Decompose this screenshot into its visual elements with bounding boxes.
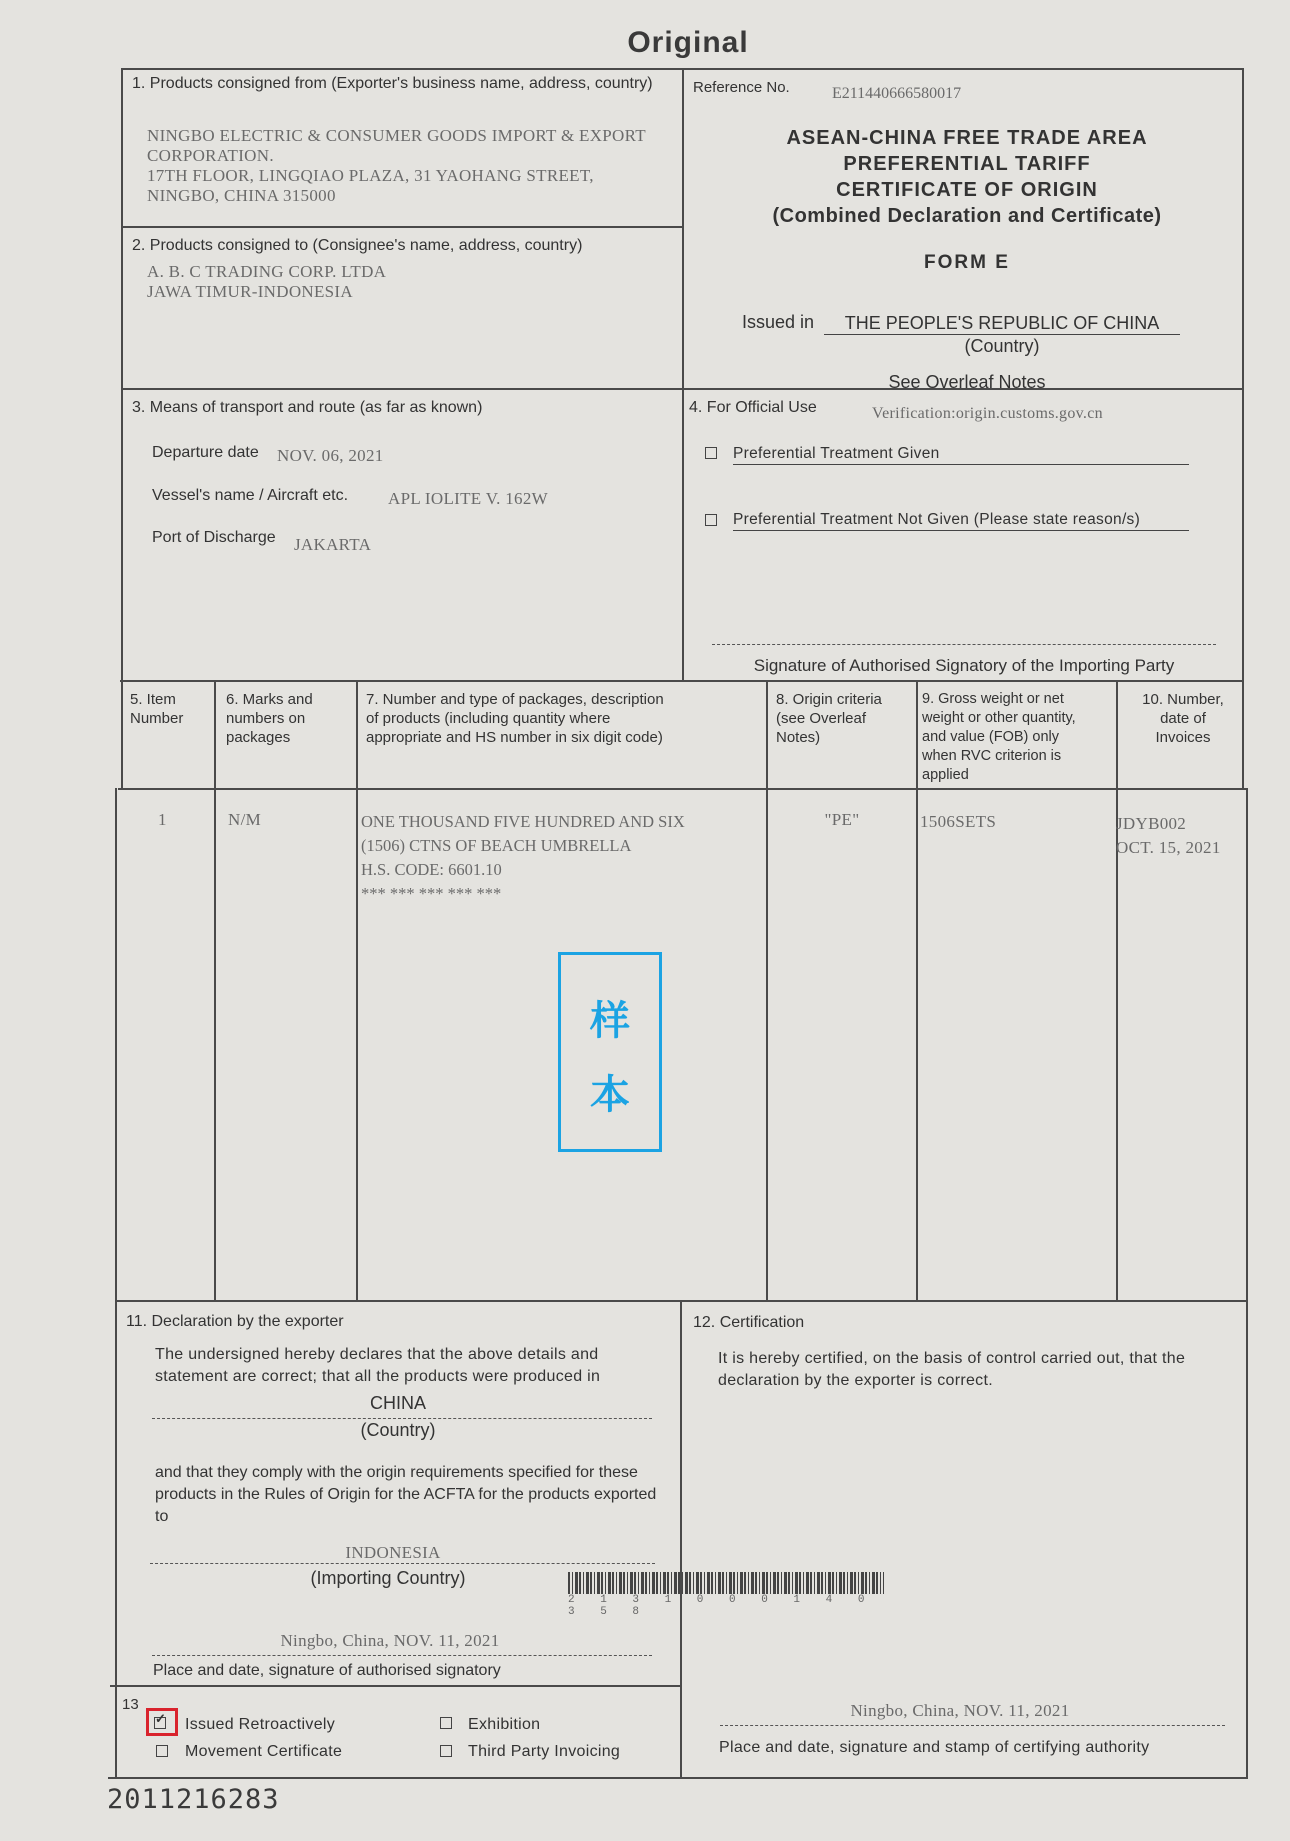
option-issued-retroactively[interactable]: ✓ [154,1714,166,1732]
declaration-text-2: and that they comply with the origin req… [155,1462,665,1528]
barcode-digits: 2 1 3 1 0 0 0 1 4 0 3 5 8 [568,1594,884,1618]
checkbox-preferential-given[interactable] [705,447,717,459]
preferential-not-given-option[interactable] [705,511,717,529]
box11-label: 11. Declaration by the exporter [126,1312,344,1332]
description-line: ONE THOUSAND FIVE HUNDRED AND SIX [361,810,761,834]
importing-country-line [150,1563,655,1564]
issued-in-label: Issued in [742,312,814,333]
option-exhibition[interactable] [440,1714,452,1732]
title-line: PREFERENTIAL TARIFF [684,151,1250,177]
box3-label: 3. Means of transport and route (as far … [132,398,482,418]
consignee-address: A. B. C TRADING CORP. LTDA JAWA TIMUR-IN… [147,262,386,302]
producing-country: CHINA [148,1393,648,1414]
exporter-signature-caption: Place and date, signature of authorised … [153,1661,501,1681]
divider-mid-lower [680,1300,682,1778]
cell-marks: N/M [228,810,261,830]
table-header-bottom [118,788,1246,790]
frame-right-lower [1246,788,1248,1778]
cell-invoice: JDYB002 OCT. 15, 2021 [1116,812,1246,860]
checkbox-third-party-invoicing[interactable] [440,1745,452,1757]
stamp-char: 样 [561,989,659,1046]
exporter-line: NINGBO ELECTRIC & CONSUMER GOODS IMPORT … [147,126,677,146]
exporter-line: CORPORATION. [147,146,677,166]
col-sep-4 [916,680,918,1300]
description-line: *** *** *** *** *** [361,882,761,906]
exporter-place-date: Ningbo, China, NOV. 11, 2021 [140,1631,640,1651]
preferential-given-label: Preferential Treatment Given [733,444,1189,465]
header-invoice: 10. Number, date of Invoices [1124,690,1242,747]
label-third-party-invoicing: Third Party Invoicing [468,1742,620,1762]
cell-item-number: 1 [158,810,167,830]
header-item-number: 5. Item Number [130,690,214,728]
serial-number: 2011216283 [107,1784,280,1815]
issued-in-caption: (Country) [824,336,1180,357]
label-issued-retroactively: Issued Retroactively [185,1715,335,1735]
producing-country-line [152,1418,652,1419]
title-line: CERTIFICATE OF ORIGIN [684,177,1250,203]
col-sep-5 [1116,680,1118,1300]
form-name: FORM E [684,252,1250,274]
producing-country-caption: (Country) [148,1420,648,1441]
exporter-line: 17TH FLOOR, LINGQIAO PLAZA, 31 YAOHANG S… [147,166,677,186]
document-title: Original [0,26,1290,60]
port-value: JAKARTA [294,535,371,555]
verification-url: Verification:origin.customs.gov.cn [872,404,1103,424]
box4-label: 4. For Official Use [689,398,817,418]
checkbox-issued-retroactively[interactable]: ✓ [154,1717,166,1729]
checkbox-exhibition[interactable] [440,1717,452,1729]
certification-text: It is hereby certified, on the basis of … [718,1348,1243,1392]
departure-value: NOV. 06, 2021 [277,446,384,466]
label-movement-certificate: Movement Certificate [185,1742,342,1762]
authority-place-date: Ningbo, China, NOV. 11, 2021 [720,1701,1200,1721]
importer-signature-caption: Signature of Authorised Signatory of the… [684,656,1244,676]
departure-label: Departure date [152,443,259,463]
invoice-number: JDYB002 [1116,812,1246,836]
box13-number: 13 [122,1695,139,1715]
consignee-line: A. B. C TRADING CORP. LTDA [147,262,386,282]
invoice-date: OCT. 15, 2021 [1116,836,1246,860]
header-origin-criteria: 8. Origin criteria (see Overleaf Notes) [776,690,916,747]
title-line: ASEAN-CHINA FREE TRADE AREA [684,125,1250,151]
exporter-signature-line [152,1655,652,1656]
description-line: (1506) CTNS OF BEACH UMBRELLA [361,834,761,858]
checkbox-movement-certificate[interactable] [156,1745,168,1757]
importing-country: INDONESIA [148,1543,638,1563]
header-description: 7. Number and type of packages, descript… [366,690,766,747]
checkmark-icon: ✓ [155,1711,166,1727]
box1-label: 1. Products consigned from (Exporter's b… [132,74,672,94]
issued-in-value: THE PEOPLE'S REPUBLIC OF CHINA [824,312,1180,335]
authority-signature-line [720,1725,1225,1726]
box34-bottom [120,680,1244,682]
overleaf-note: See Overleaf Notes [684,372,1250,393]
reference-number: E211440666580017 [832,84,961,104]
vessel-label: Vessel's name / Aircraft etc. [152,486,348,506]
cell-quantity: 1506SETS [920,812,996,832]
vessel-value: APL IOLITE V. 162W [388,489,548,509]
cell-origin-criteria: "PE" [768,810,916,830]
box11-bottom [110,1685,682,1687]
col-sep-2 [356,680,358,1300]
preferential-not-given-label: Preferential Treatment Not Given (Please… [733,510,1189,531]
declaration-text-1: The undersigned hereby declares that the… [155,1344,665,1388]
stamp-char: 本 [561,1063,659,1120]
importer-signature-line [712,644,1216,645]
importing-country-caption: (Importing Country) [148,1568,628,1589]
header-gross-weight: 9. Gross weight or net weight or other q… [922,690,1116,785]
option-movement-certificate[interactable] [156,1742,168,1760]
sample-stamp: 样 本 [558,952,662,1152]
box2-label: 2. Products consigned to (Consignee's na… [132,236,582,256]
description-line: H.S. CODE: 6601.10 [361,858,761,882]
option-third-party-invoicing[interactable] [440,1742,452,1760]
reference-label: Reference No. [693,78,790,98]
header-marks: 6. Marks and numbers on packages [226,690,356,747]
barcode [568,1572,884,1594]
checkbox-preferential-not-given[interactable] [705,514,717,526]
box1-bottom [122,226,682,228]
preferential-given-option[interactable] [705,444,717,462]
cell-description: ONE THOUSAND FIVE HUNDRED AND SIX (1506)… [361,810,761,906]
certificate-title: ASEAN-CHINA FREE TRADE AREA PREFERENTIAL… [684,125,1250,229]
col-sep-3 [766,680,768,1300]
port-label: Port of Discharge [152,528,276,548]
consignee-line: JAWA TIMUR-INDONESIA [147,282,386,302]
label-exhibition: Exhibition [468,1715,540,1735]
frame-bottom [108,1777,1248,1779]
authority-signature-caption: Place and date, signature and stamp of c… [719,1738,1149,1758]
col-sep-1 [214,680,216,1300]
exporter-line: NINGBO, CHINA 315000 [147,186,677,206]
exporter-address: NINGBO ELECTRIC & CONSUMER GOODS IMPORT … [147,126,677,206]
title-line: (Combined Declaration and Certificate) [684,203,1250,229]
frame-left-lower [115,788,117,1778]
box12-label: 12. Certification [693,1313,804,1333]
